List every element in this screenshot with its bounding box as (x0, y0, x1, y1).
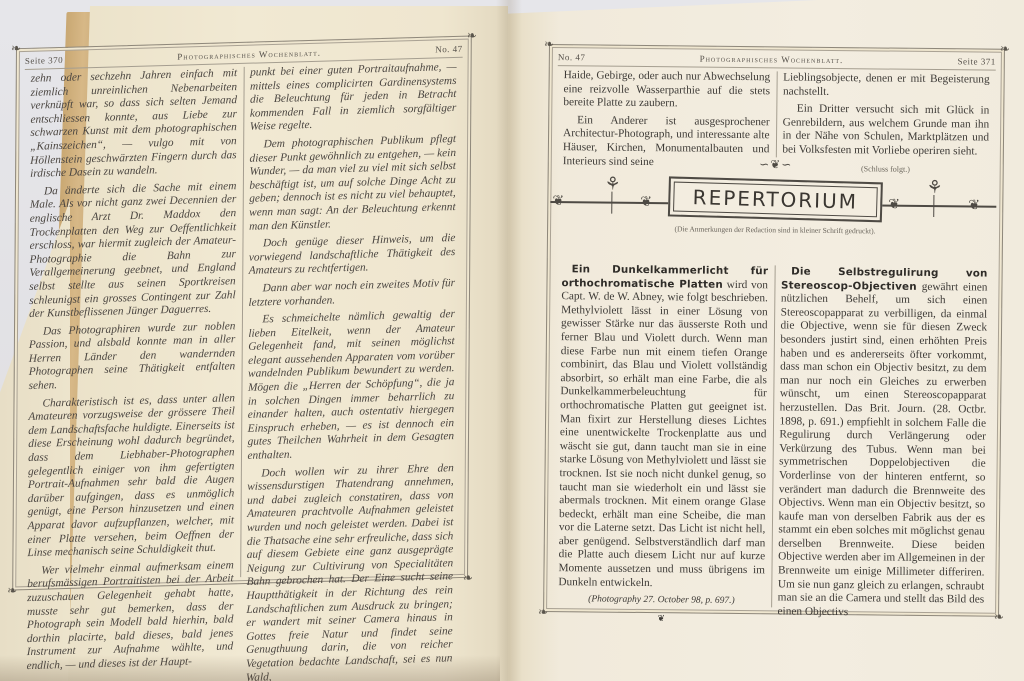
paragraph: punkt bei einer guten Portraitaufnahme, … (250, 61, 457, 135)
tulip-stem (933, 195, 934, 217)
issue-number: No. 47 (435, 44, 463, 55)
paragraph: Ein Dritter versucht sich mit Glück in G… (782, 103, 989, 160)
page-number: Seite 370 (25, 55, 63, 66)
right-running-head: No. 47 Photographisches Wochenblatt. Sei… (558, 49, 996, 71)
paragraph: Doch genüge dieser Hinweis, um die vorwi… (249, 232, 456, 279)
repertorium-column-2: Die Selbstregulirung von Stereoscop-Obje… (771, 265, 994, 609)
leaf-ornament-icon: ❦ (552, 193, 564, 210)
repertorium-columns: Ein Dunkelkammerlicht für orthochromatis… (552, 263, 994, 610)
corner-ornament-icon: ❧ (463, 572, 473, 584)
page-shadow (0, 655, 500, 681)
flourish-ornament-icon: ∽❦∽ (759, 157, 792, 172)
right-top-column-2: Lieblingsobjecte, denen er mit Begeister… (775, 71, 995, 159)
paragraph: Charakteristisch ist es, dass unter alle… (27, 392, 235, 561)
left-column-2: punkt bei einer guten Portraitaufnahme, … (240, 61, 463, 577)
paragraph: Doch wollen wir zu ihrer Ehre den wissen… (246, 462, 454, 681)
paragraph: Es schmeichelte nämlich gewaltig der lie… (247, 308, 454, 463)
leaf-ornament-icon: ❦ (888, 197, 900, 214)
paragraph: zehn oder sechzehn Jahren einfach mit zi… (30, 67, 237, 182)
paragraph: Dem photographischen Publikum pflegt die… (249, 133, 456, 234)
end-ornament-icon: ❦ (558, 611, 765, 627)
corner-ornament-icon: ❧ (467, 29, 477, 41)
repertorium-title-box: REPERTORIUM (668, 176, 883, 222)
article-stereo-objectives: Die Selbstregulirung von Stereoscop-Obje… (777, 265, 987, 621)
right-top-column-1: Haide, Gebirge, oder auch nur Abwechselu… (557, 69, 776, 157)
repertorium-column-1: Ein Dunkelkammerlicht für orthochromatis… (552, 263, 774, 607)
issue-number: No. 47 (558, 52, 586, 62)
right-page-frame: ❧ ❧ ❧ ❧ No. 47 Photographisches Wochenbl… (543, 44, 1005, 617)
corner-ornament-icon: ❧ (538, 606, 548, 618)
corner-ornament-icon: ❧ (544, 38, 554, 50)
corner-ornament-icon: ❧ (1000, 43, 1010, 55)
page-number: Seite 371 (958, 56, 996, 66)
journal-title: Photographisches Wochenblatt. (700, 54, 844, 66)
paragraph: Lieblingsobjecte, denen er mit Begeister… (783, 71, 990, 100)
journal-title: Photographisches Wochenblatt. (177, 48, 321, 62)
left-columns: zehn oder sechzehn Jahren einfach mit zi… (21, 61, 462, 584)
article-body: wird von Capt. W. de W. Abney, wie folgt… (558, 278, 768, 588)
leaf-ornament-icon: ❦ (640, 194, 652, 211)
editorial-note: (Die Anmerkungen der Redaction sind in k… (548, 223, 1002, 237)
corner-ornament-icon: ❧ (7, 584, 17, 596)
paragraph: Haide, Gebirge, oder auch nur Abwechselu… (563, 69, 770, 112)
left-column-1: zehn oder sechzehn Jahren einfach mit zi… (21, 67, 243, 583)
paragraph: Da änderte sich die Sache mit einem Male… (29, 180, 236, 322)
section-title: REPERTORIUM (692, 185, 858, 214)
paragraph: Dann aber war noch ein zweites Motiv für… (249, 277, 456, 310)
article-darkroom-light: Ein Dunkelkammerlicht für orthochromatis… (558, 263, 768, 591)
tulip-ornament-icon: ⚘ (926, 177, 942, 198)
book-gutter (496, 0, 522, 681)
paragraph: Das Photographiren wurde zur noblen Pass… (29, 320, 236, 394)
leaf-ornament-icon: ❦ (968, 197, 980, 214)
tulip-ornament-icon: ⚘ (604, 174, 620, 195)
continued-article-columns: Haide, Gebirge, oder auch nur Abwechselu… (557, 69, 996, 160)
repertorium-banner: ∽❦∽ ❦ ⚘ ❦ REPERTORIUM ❦ ⚘ ❦ (Die Anmerku… (548, 155, 1003, 240)
article-citation: (Photography 27. October 98, p. 697.) (558, 593, 765, 609)
article-body: gewährt einen nützlichen Behelf, um sich… (778, 281, 988, 618)
corner-ornament-icon: ❧ (11, 42, 21, 54)
corner-ornament-icon: ❧ (994, 611, 1004, 623)
left-page-frame: ❧ ❧ ❧ ❧ Seite 370 Photographisches Woche… (12, 35, 472, 590)
tulip-stem (611, 192, 612, 214)
